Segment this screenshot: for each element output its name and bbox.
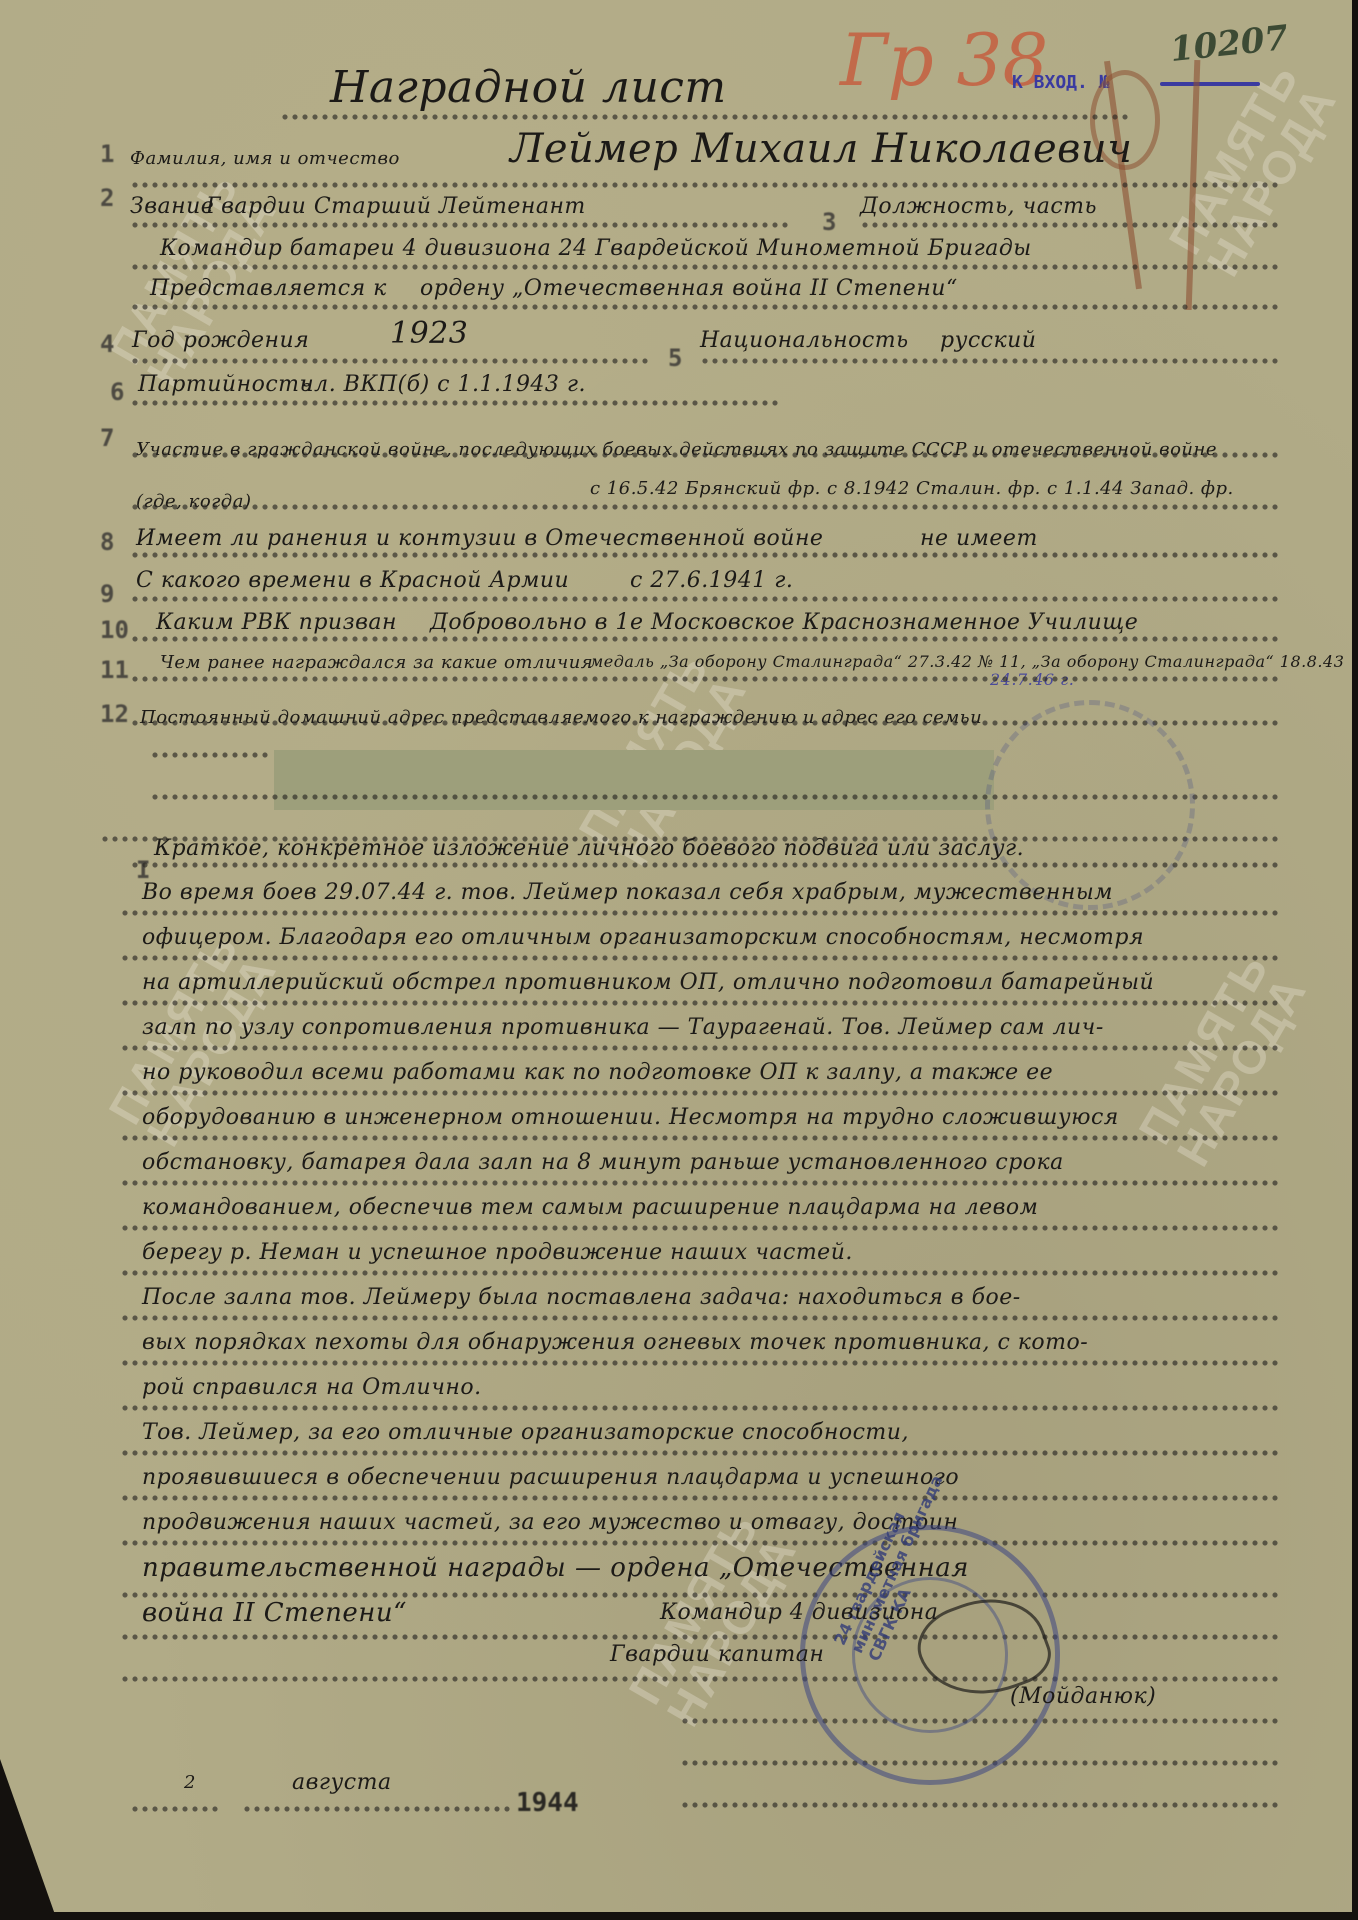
date-year: 1944 <box>516 1788 579 1818</box>
field-value-conscription: Добровольно в 1е Московское Краснознамен… <box>430 610 1138 635</box>
field-label-position: Должность, часть <box>860 194 1097 219</box>
dotted-rule <box>120 1090 1280 1096</box>
field-label-rank: Звание <box>130 194 214 219</box>
field-number: 10 <box>100 616 129 644</box>
date-month: августа <box>292 1770 392 1795</box>
field-label-conscription: Каким РВК призван <box>156 610 397 635</box>
dotted-rule <box>120 1270 1280 1276</box>
field-number: 8 <box>100 528 114 556</box>
dotted-rule <box>130 304 1280 310</box>
dotted-rule <box>120 1315 1280 1321</box>
field-value-rank: Гвардии Старший Лейтенант <box>206 194 586 219</box>
dotted-rule <box>120 1045 1280 1051</box>
dotted-rule <box>700 358 1280 364</box>
dotted-rule <box>120 1000 1280 1006</box>
dotted-rule <box>130 452 1280 458</box>
redacted-address <box>274 750 994 810</box>
dotted-rule <box>120 1450 1280 1456</box>
field-value-nationality: русский <box>940 328 1036 353</box>
dotted-rule <box>150 752 270 758</box>
field-value-service-start: с 27.6.1941 г. <box>630 568 793 593</box>
field-label-service-start: С какого времени в Красной Армии <box>136 568 569 593</box>
field-value-name: Леймер Михаил Николаевич <box>510 126 1133 172</box>
field-value-wounds: не имеет <box>920 526 1038 551</box>
narrative-line: правительственной награды — ордена „Отеч… <box>142 1547 1282 1592</box>
field-label-wounds: Имеет ли ранения и контузии в Отечествен… <box>136 526 823 551</box>
field-label-nominated: Представляется к <box>150 276 387 301</box>
dotted-rule <box>120 1405 1280 1411</box>
signer-position: Командир 4 дивизиона <box>660 1600 938 1625</box>
dotted-rule <box>120 1360 1280 1366</box>
field-number: 11 <box>100 656 129 684</box>
field-number: 6 <box>110 378 124 406</box>
field-value-combat: с 16.5.42 Брянский фр. с 8.1942 Сталин. … <box>590 478 1234 499</box>
dotted-rule <box>120 1495 1280 1501</box>
dotted-rule <box>130 676 1280 682</box>
field-number: 4 <box>100 330 114 358</box>
dotted-rule <box>130 504 1280 510</box>
dotted-rule <box>130 264 1280 270</box>
dotted-rule <box>130 400 780 406</box>
field-label-combat: Участие в гражданской войне, последующих… <box>136 424 1256 528</box>
field-label-prior-awards: Чем ранее награждался за какие отличия <box>160 652 593 673</box>
signer-name: (Мойданюк) <box>1010 1684 1156 1709</box>
field-label-birth-year: Год рождения <box>132 328 309 353</box>
dotted-rule <box>130 182 1280 188</box>
dotted-rule <box>130 358 650 364</box>
field-label-name: Фамилия, имя и отчество <box>130 148 400 169</box>
incoming-stamp: К ВХОД. № <box>1012 72 1110 93</box>
dotted-rule <box>130 862 1280 868</box>
dotted-rule <box>242 1806 512 1812</box>
field-label-party: Партийность <box>138 372 312 397</box>
field-value-prior-awards: медаль „За оборону Сталинграда“ 27.3.42 … <box>590 652 1344 671</box>
dotted-rule <box>120 1676 1280 1682</box>
dotted-rule <box>120 1180 1280 1186</box>
narrative-text: Во время боев 29.07.44 г. тов. Леймер по… <box>142 872 1282 1637</box>
dotted-rule <box>130 636 1280 642</box>
dotted-rule <box>120 1540 1280 1546</box>
dotted-rule <box>120 1135 1280 1141</box>
dotted-rule <box>120 1225 1280 1231</box>
field-number: 7 <box>100 424 114 452</box>
dotted-rule <box>280 114 1130 120</box>
dotted-rule <box>120 1634 1280 1640</box>
signer-rank: Гвардии капитан <box>610 1642 824 1667</box>
dotted-rule <box>130 596 1280 602</box>
dotted-rule <box>680 1802 1280 1808</box>
blue-arrow-line <box>1160 82 1260 86</box>
dotted-rule <box>130 1806 220 1812</box>
award-sheet-page: ПАМЯТЬ НАРОДА ПАМЯТЬ НАРОДА ПАМЯТЬ НАРОД… <box>0 0 1352 1912</box>
field-value-position: Командир батареи 4 дивизиона 24 Гвардейс… <box>160 236 1032 261</box>
dotted-rule <box>120 1592 1280 1598</box>
dotted-rule <box>130 222 790 228</box>
field-label-nationality: Национальность <box>700 328 909 353</box>
field-number: 12 <box>100 700 129 728</box>
field-number: 3 <box>822 208 836 236</box>
field-number: 9 <box>100 580 114 608</box>
field-value-party: чл. ВКП(б) с 1.1.1943 г. <box>300 372 586 397</box>
dotted-rule <box>120 955 1280 961</box>
page-title: Наградной лист <box>330 62 727 113</box>
dotted-rule <box>120 910 1280 916</box>
field-number: 5 <box>668 344 682 372</box>
dotted-rule <box>860 222 1280 228</box>
field-number: 1 <box>100 140 114 168</box>
section-heading: Краткое, конкретное изложение личного бо… <box>154 836 1024 861</box>
field-number: 2 <box>100 184 114 212</box>
date-day: 2 <box>184 1772 196 1793</box>
field-value-award: ордену „Отечественная война II Степени“ <box>420 276 958 301</box>
field-value-birth-year: 1923 <box>390 316 468 351</box>
dotted-rule <box>130 552 1280 558</box>
